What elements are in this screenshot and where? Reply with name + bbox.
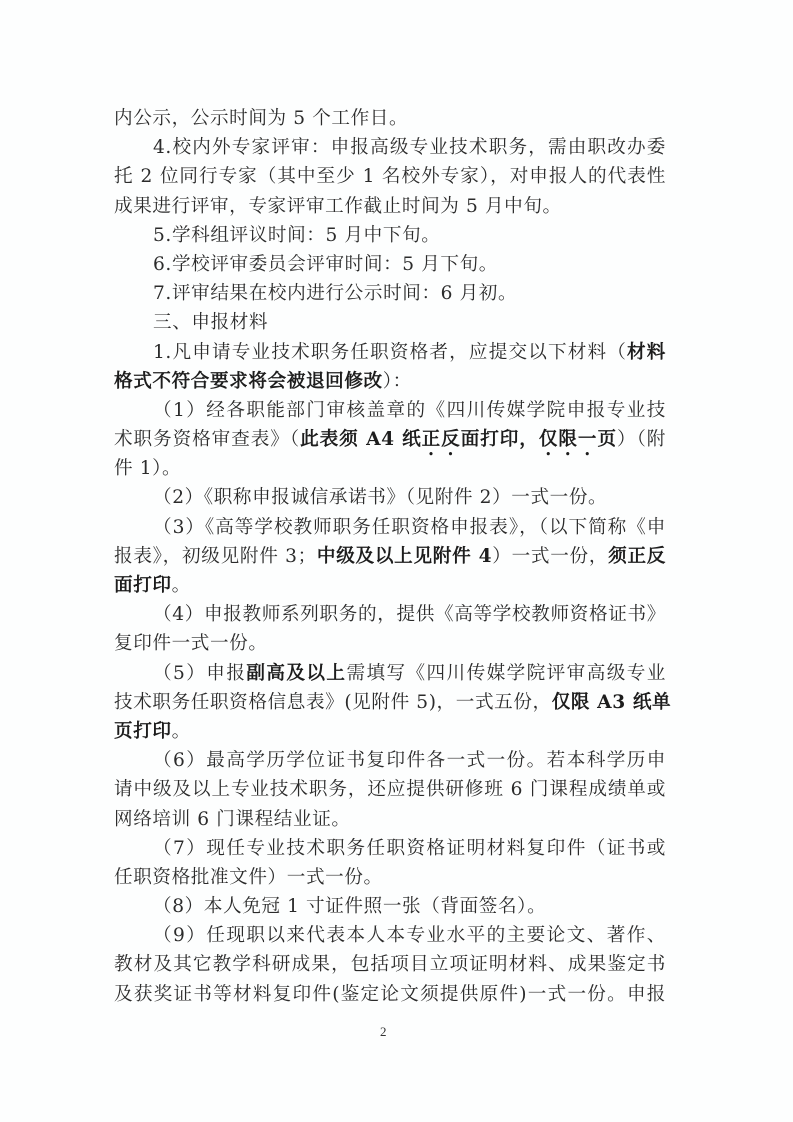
text-line: 三、申报材料	[114, 308, 666, 337]
emphasized-text: 副高及以上	[246, 663, 346, 684]
text-line: 网络培训 6 门课程结业证。	[114, 805, 666, 834]
text-line: 4.校内外专家评审：申报高级专业技术职务，需由职改办委	[114, 133, 666, 162]
text-segment: （4）申报教师系列职务的，提供《高等学校教师资格证书》	[153, 604, 666, 625]
text-segment: 。	[172, 721, 191, 742]
text-line: （8）本人免冠 1 寸证件照一张（背面签名）。	[114, 892, 666, 921]
emphasized-text: 正反	[422, 429, 461, 450]
text-line: 5.学科组评议时间：5 月中下旬。	[114, 221, 666, 250]
text-segment: ）一式一份，	[492, 546, 608, 567]
text-segment: ）：	[383, 371, 412, 392]
emphasized-text: 须正反	[608, 546, 666, 567]
text-segment: 术职务资格审查表》（	[114, 429, 300, 450]
text-segment: （7）现任专业技术职务任职资格证明材料复印件（证书或	[153, 838, 666, 859]
text-segment: 7.评审结果在校内进行公示时间：6 月初。	[153, 283, 517, 304]
text-segment: （1）经各职能部门审核盖章的《四川传媒学院申报专业技	[153, 400, 666, 421]
text-line: 复印件一式一份。	[114, 629, 666, 658]
text-segment: （8）本人免冠 1 寸证件照一张（背面签名）。	[153, 896, 546, 917]
emphasized-text: 仅限 A3 纸单	[552, 692, 672, 713]
text-segment: 教材及其它教学科研成果，包括项目立项证明材料、成果鉴定书	[114, 954, 666, 975]
text-line: 技术职务任职资格信息表》(见附件 5)，一式五份，仅限 A3 纸单	[114, 688, 666, 717]
text-segment: 内公示，公示时间为 5 个工作日。	[114, 108, 408, 129]
text-line: （4）申报教师系列职务的，提供《高等学校教师资格证书》	[114, 600, 666, 629]
text-line: 件 1）。	[114, 454, 666, 483]
text-line: （1）经各职能部门审核盖章的《四川传媒学院申报专业技	[114, 396, 666, 425]
emphasized-text: 页打印	[114, 721, 172, 742]
emphasized-text: 仅限一	[539, 429, 598, 450]
text-line: （9）任现职以来代表本人本专业水平的主要论文、著作、	[114, 921, 666, 950]
text-line: 6.学校评审委员会评审时间：5 月下旬。	[114, 250, 666, 279]
text-segment: 任职资格批准文件）一式一份。	[114, 867, 383, 888]
emphasized-text: 中级及以上见附件 4	[317, 546, 492, 567]
text-line: 面打印。	[114, 571, 666, 600]
text-segment: 6.学校评审委员会评审时间：5 月下旬。	[153, 254, 498, 275]
text-line: 格式不符合要求将会被退回修改）：	[114, 367, 666, 396]
text-line: 任职资格批准文件）一式一份。	[114, 863, 666, 892]
text-segment: 网络培训 6 门课程结业证。	[114, 809, 351, 830]
text-segment: 技术职务任职资格信息表》(见附件 5)，一式五份，	[114, 692, 552, 713]
text-line: （6）最高学历学位证书复印件各一式一份。若本科学历申	[114, 746, 666, 775]
text-segment: 1.凡申请专业技术职务任职资格者，应提交以下材料（	[153, 342, 627, 363]
text-line: 请中级及以上专业技术职务，还应提供研修班 6 门课程成绩单或	[114, 775, 666, 804]
text-line: 成果进行评审，专家评审工作截止时间为 5 月中旬。	[114, 192, 666, 221]
text-line: 及获奖证书等材料复印件(鉴定论文须提供原件)一式一份。申报	[114, 980, 666, 1009]
text-segment: （2）《职称申报诚信承诺书》（见附件 2）一式一份。	[153, 487, 607, 508]
text-segment: 成果进行评审，专家评审工作截止时间为 5 月中旬。	[114, 196, 562, 217]
text-segment: 报表》，初级见附件 3；	[114, 546, 317, 567]
text-line: 报表》，初级见附件 3；中级及以上见附件 4）一式一份，须正反	[114, 542, 666, 571]
text-segment: ）（附	[617, 429, 666, 450]
text-segment: 请中级及以上专业技术职务，还应提供研修班 6 门课程成绩单或	[114, 779, 666, 800]
document-page: 内公示，公示时间为 5 个工作日。4.校内外专家评审：申报高级专业技术职务，需由…	[0, 0, 793, 1122]
text-segment: 。	[172, 575, 191, 596]
text-line: （7）现任专业技术职务任职资格证明材料复印件（证书或	[114, 834, 666, 863]
text-segment: （5）申报	[153, 663, 246, 684]
document-body: 内公示，公示时间为 5 个工作日。4.校内外专家评审：申报高级专业技术职务，需由…	[114, 104, 666, 1009]
text-line: 7.评审结果在校内进行公示时间：6 月初。	[114, 279, 666, 308]
text-line: 页打印。	[114, 717, 666, 746]
text-line: 教材及其它教学科研成果，包括项目立项证明材料、成果鉴定书	[114, 950, 666, 979]
text-segment: 三、申报材料	[153, 312, 268, 333]
page-number: 2	[380, 1024, 387, 1040]
text-line: （5）申报副高及以上需填写《四川传媒学院评审高级专业	[114, 659, 666, 688]
text-segment: （3）《高等学校教师职务任职资格申报表》，（以下简称《申	[153, 517, 666, 538]
text-segment: （9）任现职以来代表本人本专业水平的主要论文、著作、	[153, 925, 666, 946]
text-segment: 复印件一式一份。	[114, 633, 268, 654]
text-segment: （6）最高学历学位证书复印件各一式一份。若本科学历申	[153, 750, 666, 771]
text-segment: 5.学科组评议时间：5 月中下旬。	[153, 225, 440, 246]
emphasized-text: 格式不符合要求将会被退回修改	[114, 371, 383, 392]
emphasized-text: 面打印，	[461, 429, 539, 450]
emphasized-text: 此表须 A4 纸	[300, 429, 422, 450]
text-segment: 件 1）。	[114, 458, 181, 479]
text-segment: 需填写《四川传媒学院评审高级专业	[346, 663, 666, 684]
text-line: 托 2 位同行专家（其中至少 1 名校外专家），对申报人的代表性	[114, 162, 666, 191]
text-segment: 托 2 位同行专家（其中至少 1 名校外专家），对申报人的代表性	[114, 166, 666, 187]
text-segment: 4.校内外专家评审：申报高级专业技术职务，需由职改办委	[153, 137, 666, 158]
text-line: 1.凡申请专业技术职务任职资格者，应提交以下材料（材料	[114, 338, 666, 367]
text-line: 内公示，公示时间为 5 个工作日。	[114, 104, 666, 133]
text-line: （3）《高等学校教师职务任职资格申报表》，（以下简称《申	[114, 513, 666, 542]
emphasized-text: 页	[597, 429, 617, 450]
text-line: （2）《职称申报诚信承诺书》（见附件 2）一式一份。	[114, 483, 666, 512]
emphasized-text: 材料	[627, 342, 666, 363]
text-line: 术职务资格审查表》（此表须 A4 纸正反面打印，仅限一页）（附	[114, 425, 666, 454]
text-segment: 及获奖证书等材料复印件(鉴定论文须提供原件)一式一份。申报	[114, 984, 666, 1005]
emphasized-text: 面打印	[114, 575, 172, 596]
